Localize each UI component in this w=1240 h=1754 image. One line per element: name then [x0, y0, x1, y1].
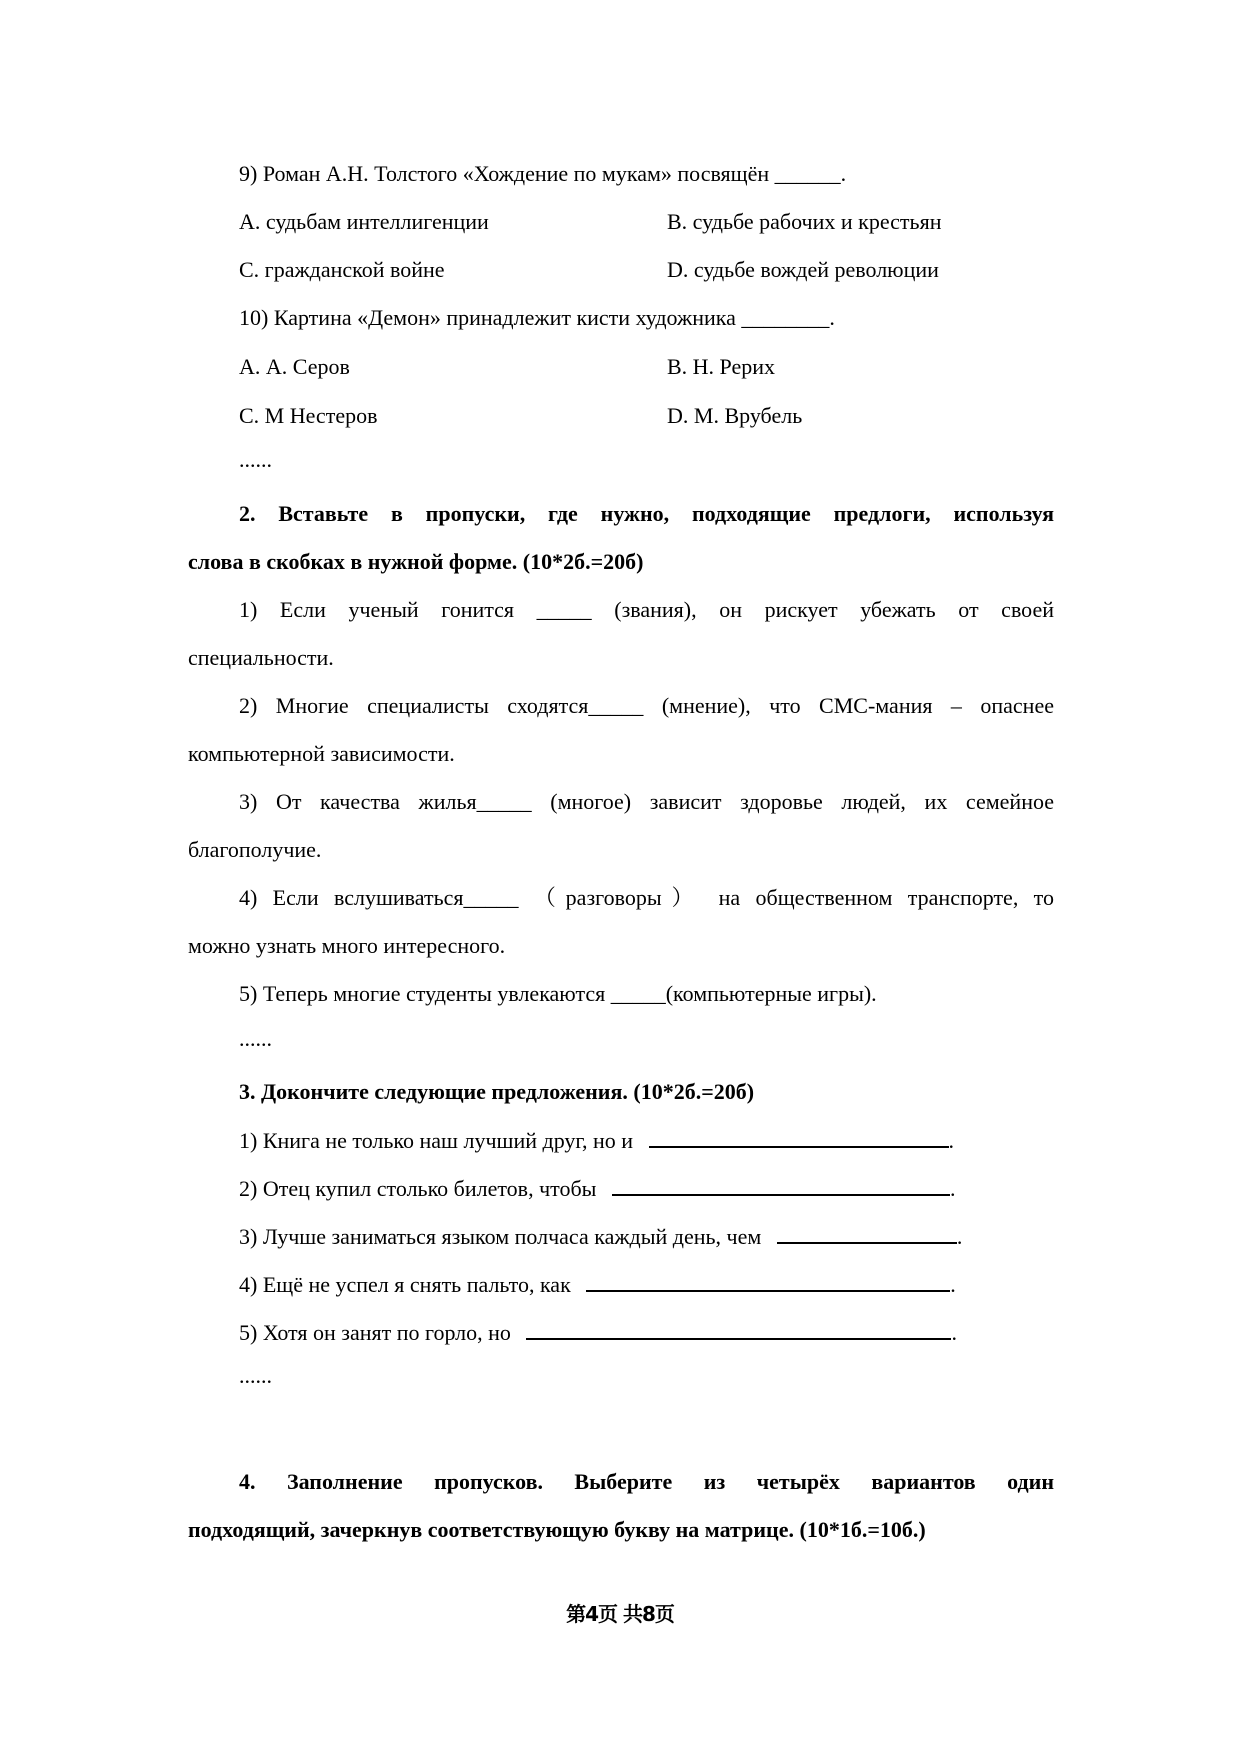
section2-heading-line1: 2. Вставьте в пропуски, где нужно, подхо… — [239, 500, 1054, 528]
s2-item-3-line1: 3) От качества жилья_____ (многое) завис… — [239, 788, 1054, 816]
s2-item-4-line1: 4) Если вслушиваться_____ （разговоры） на… — [239, 884, 1054, 912]
s2-item-4-line2: можно узнать много интересного. — [188, 932, 505, 960]
s3-item-4-prompt: 4) Ещё не успел я снять пальто, как — [239, 1272, 571, 1297]
s2-item-2-line2: компьютерной зависимости. — [188, 740, 455, 768]
s2-item-1-line2: специальности. — [188, 644, 334, 672]
answer-blank[interactable] — [586, 1270, 950, 1292]
ellipsis: ...... — [239, 1362, 272, 1390]
answer-blank[interactable] — [777, 1222, 957, 1244]
s3-item-5-prompt: 5) Хотя он занят по горло, но — [239, 1320, 511, 1345]
s2-item-2-line1: 2) Многие специалисты сходятся_____ (мне… — [239, 692, 1054, 720]
s3-item-3: 3) Лучше заниматься языком полчаса кажды… — [239, 1222, 962, 1251]
s2-item-1-line1: 1) Если ученый гонится _____ (звания), о… — [239, 596, 1054, 624]
q10-option-c: C. М Нестеров — [239, 402, 377, 430]
s3-item-2: 2) Отец купил столько билетов, чтобы . — [239, 1174, 955, 1203]
s2-item-3-line2: благополучие. — [188, 836, 321, 864]
q10-option-d: D. М. Врубель — [667, 402, 802, 430]
answer-blank[interactable] — [526, 1318, 951, 1340]
period: . — [949, 1128, 955, 1153]
s3-item-1: 1) Книга не только наш лучший друг, но и… — [239, 1126, 954, 1155]
ellipsis: ...... — [239, 446, 272, 474]
period: . — [951, 1320, 957, 1345]
q9-option-d: D. судьбе вождей революции — [667, 256, 939, 284]
page-number: 第4页 共8页 — [0, 1598, 1240, 1627]
q10-option-a: A. А. Серов — [239, 353, 350, 381]
period: . — [957, 1224, 963, 1249]
s3-item-5: 5) Хотя он занят по горло, но . — [239, 1318, 957, 1347]
s3-item-3-prompt: 3) Лучше заниматься языком полчаса кажды… — [239, 1224, 761, 1249]
answer-blank[interactable] — [649, 1126, 949, 1148]
q9-option-b: B. судьбе рабочих и крестьян — [667, 208, 941, 236]
q9-option-c: C. гражданской войне — [239, 256, 445, 284]
s3-item-4: 4) Ещё не успел я снять пальто, как . — [239, 1270, 956, 1299]
q9-option-a: A. судьбам интеллигенции — [239, 208, 489, 236]
question-9: 9) Роман А.Н. Толстого «Хождение по мука… — [239, 160, 846, 188]
period: . — [950, 1176, 956, 1201]
ellipsis: ...... — [239, 1025, 272, 1053]
answer-blank[interactable] — [612, 1174, 950, 1196]
section3-heading: 3. Докончите следующие предложения. (10*… — [239, 1078, 754, 1106]
section4-heading-line1: 4. Заполнение пропусков. Выберите из чет… — [239, 1468, 1054, 1496]
s3-item-1-prompt: 1) Книга не только наш лучший друг, но и — [239, 1128, 633, 1153]
s2-item-5: 5) Теперь многие студенты увлекаются ___… — [239, 980, 877, 1008]
question-10: 10) Картина «Демон» принадлежит кисти ху… — [239, 304, 835, 332]
q10-option-b: B. Н. Рерих — [667, 353, 775, 381]
section4-heading-line2: подходящий, зачеркнув соответствующую бу… — [188, 1516, 926, 1544]
s3-item-2-prompt: 2) Отец купил столько билетов, чтобы — [239, 1176, 596, 1201]
section2-heading-line2: слова в скобках в нужной форме. (10*2б.=… — [188, 548, 643, 576]
period: . — [950, 1272, 956, 1297]
